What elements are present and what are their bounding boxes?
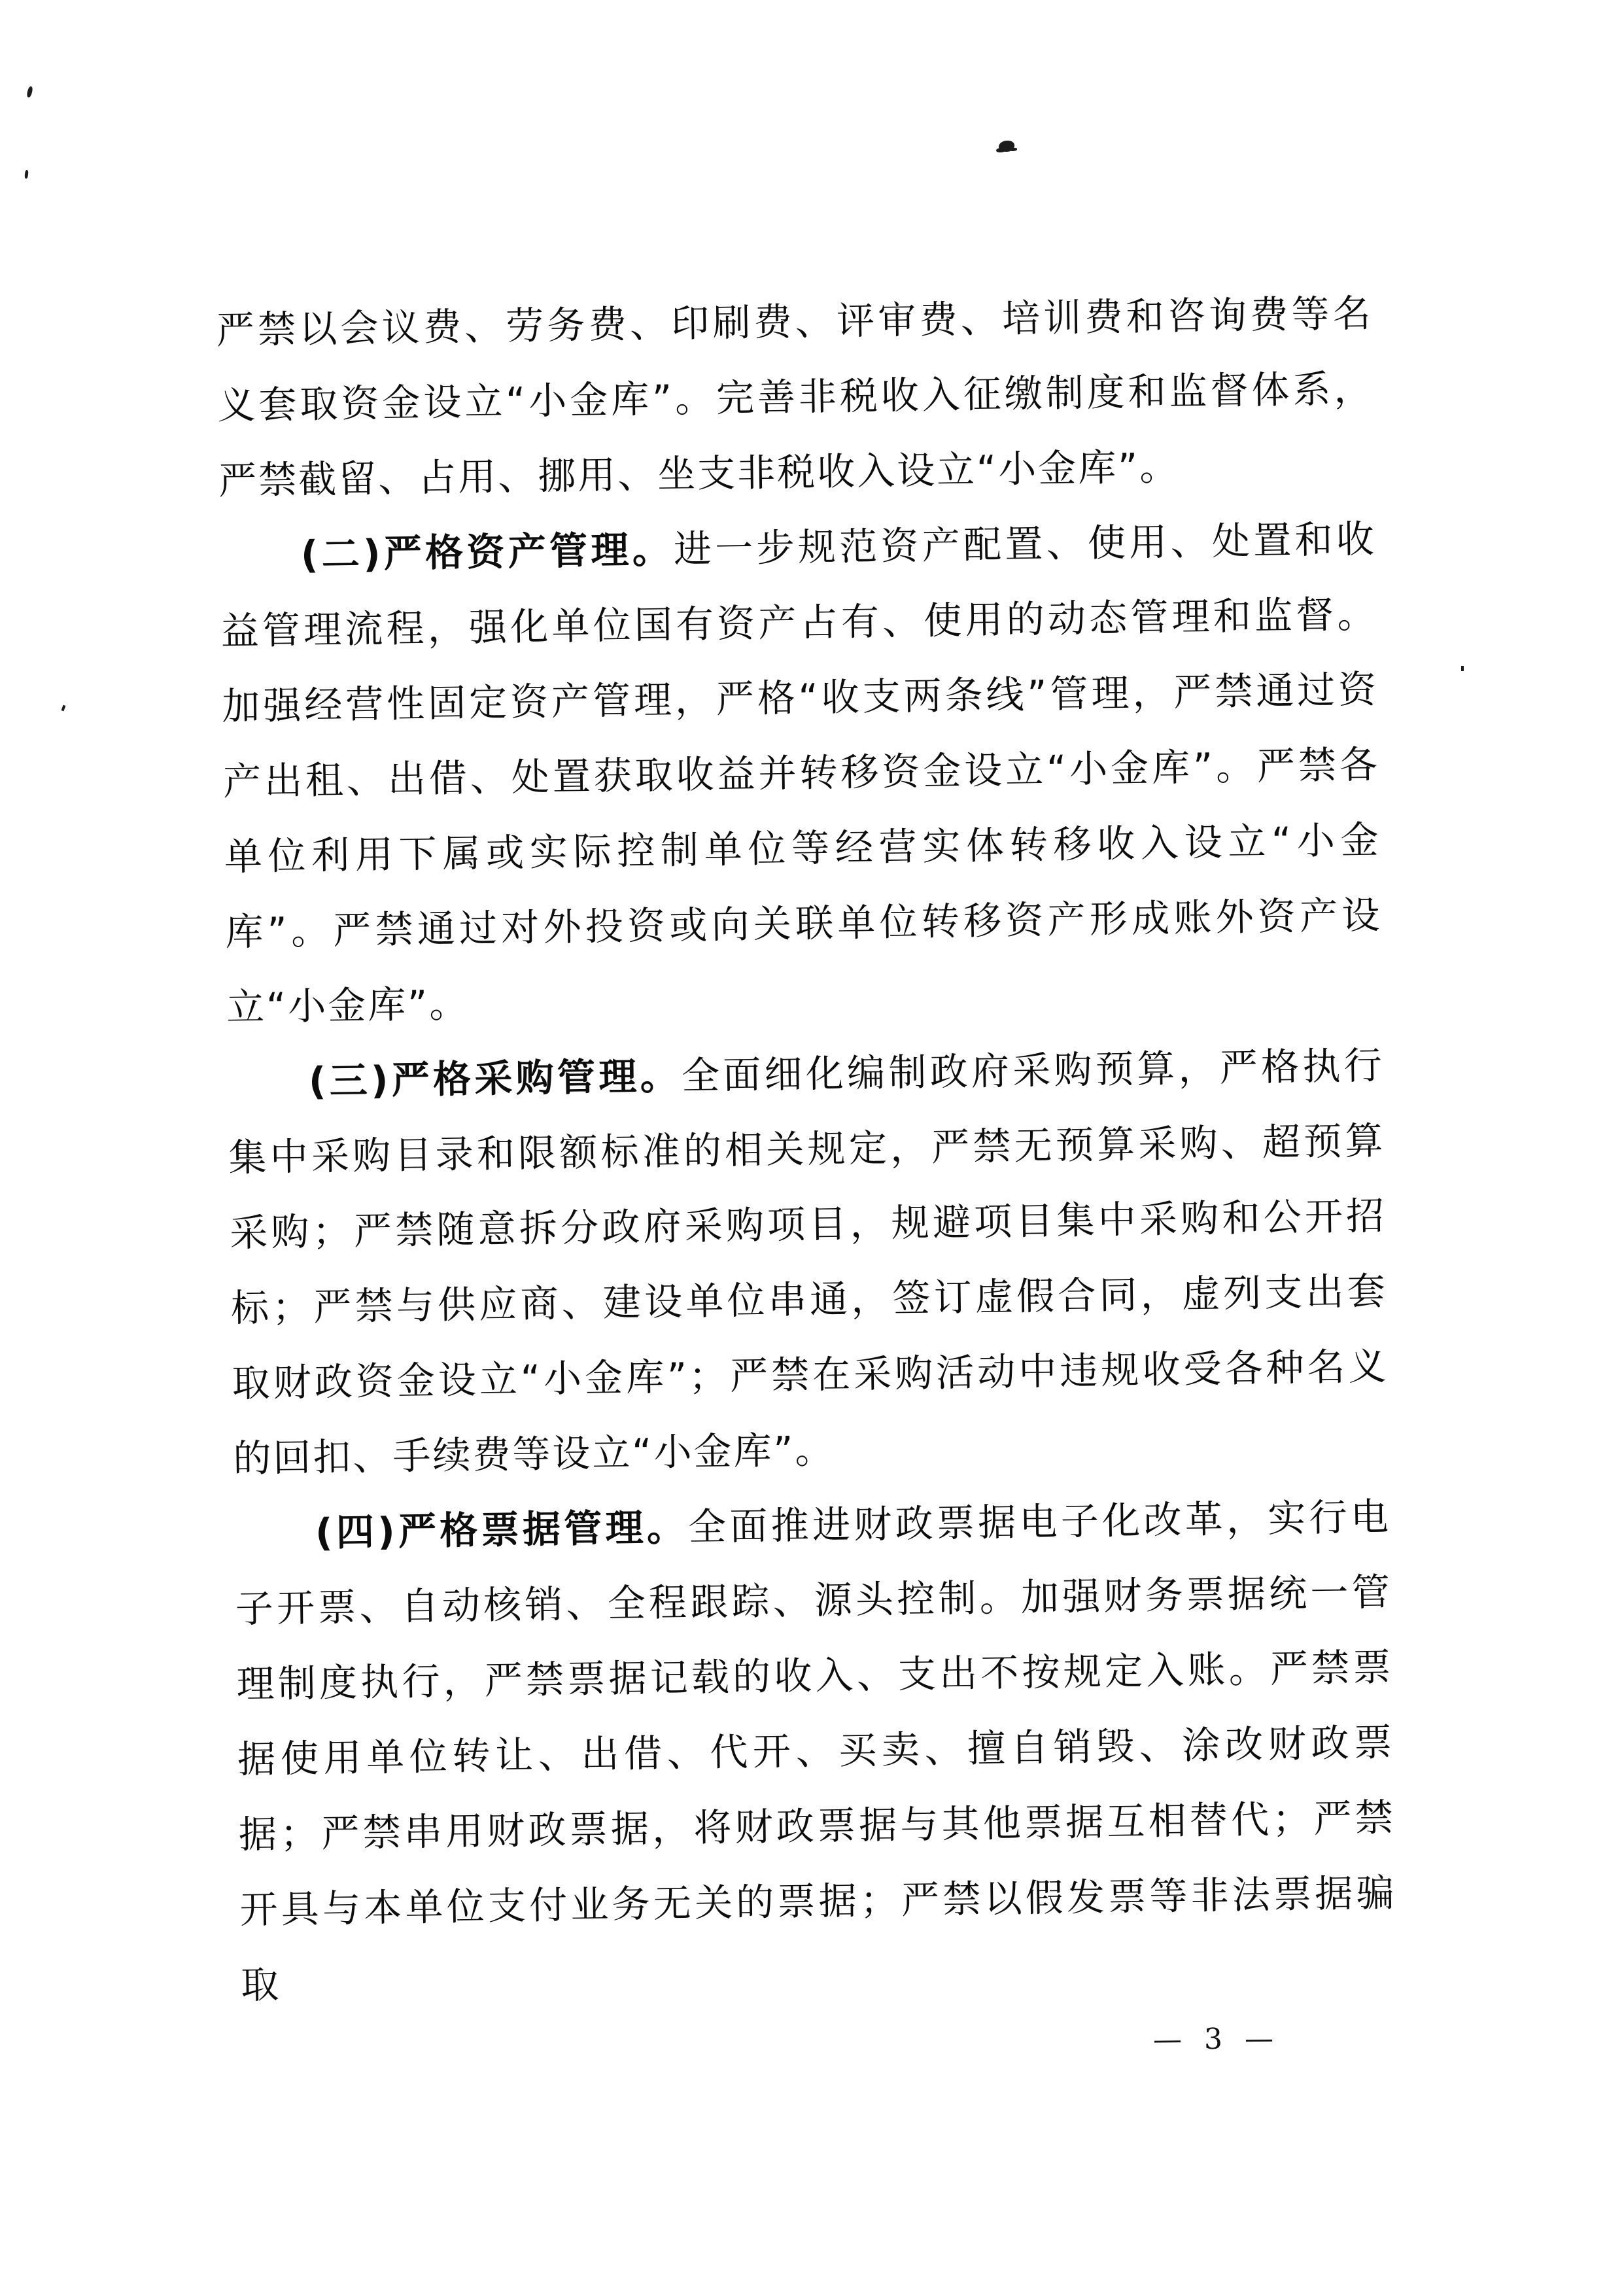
- section-heading-4: (四)严格票据管理。: [315, 1504, 689, 1554]
- paragraph-continuation: 严禁以会议费、劳务费、印刷费、评审费、培训费和咨询费等名义套取资金设立“小金库”…: [216, 276, 1375, 519]
- scanned-document-page: 严禁以会议费、劳务费、印刷费、评审费、培训费和咨询费等名义套取资金设立“小金库”…: [0, 0, 1624, 2294]
- section-heading-2: (二)严格资产管理。: [300, 527, 674, 577]
- paragraph-text: 进一步规范资产配置、使用、处置和收益管理流程，强化单位国有资产占有、使用的动态管…: [220, 517, 1382, 1030]
- paragraph-text: 全面推进财政票据电子化改革，实行电子开票、自动核销、全程跟踪、源头控制。加强财务…: [235, 1495, 1396, 2007]
- scan-speck: [24, 170, 28, 179]
- paragraph-section-4: (四)严格票据管理。全面推进财政票据电子化改革，实行电子开票、自动核销、全程跟踪…: [233, 1480, 1398, 2023]
- body-text-block: 严禁以会议费、劳务费、印刷费、评审费、培训费和咨询费等名义套取资金设立“小金库”…: [216, 276, 1398, 2023]
- page-number: — 3 —: [1132, 2019, 1302, 2060]
- paragraph-section-2: (二)严格资产管理。进一步规范资产配置、使用、处置和收益管理流程，强化单位国有资…: [219, 502, 1383, 1045]
- paragraph-text: 严禁以会议费、劳务费、印刷费、评审费、培训费和咨询费等名义套取资金设立“小金库”…: [216, 291, 1374, 503]
- paragraph-text: 全面细化编制政府采购预算，严格执行集中采购目录和限额标准的相关规定，严禁无预算采…: [228, 1043, 1389, 1481]
- scan-speck: [61, 705, 66, 712]
- scan-speck: [26, 86, 33, 97]
- ink-smudge: [999, 141, 1014, 152]
- paragraph-section-3: (三)严格采购管理。全面细化编制政府采购预算，严格执行集中采购目录和限额标准的相…: [227, 1028, 1390, 1497]
- section-heading-3: (三)严格采购管理。: [308, 1054, 682, 1104]
- scan-speck: [1461, 666, 1464, 671]
